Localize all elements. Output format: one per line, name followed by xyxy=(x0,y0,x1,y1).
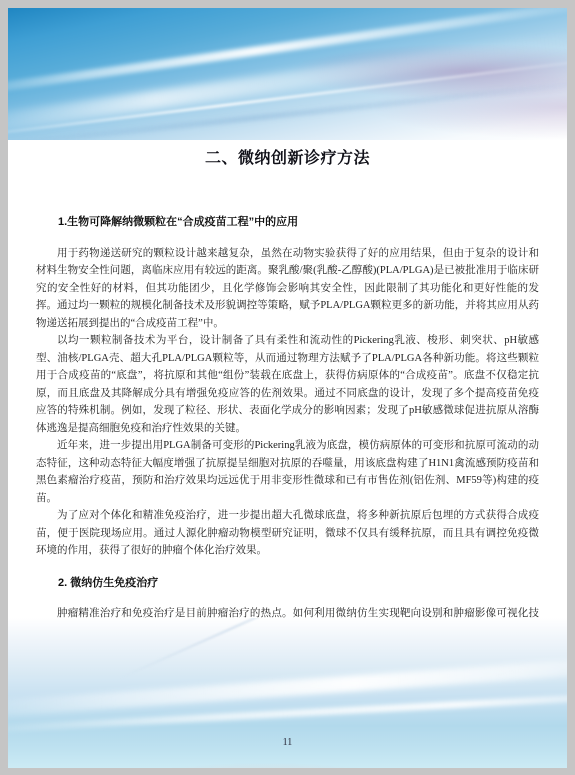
section-1-paragraph-2: 以均一颗粒制备技术为平台，设计制备了具有柔性和流动性的Pickering乳液、梭… xyxy=(36,332,539,437)
section-1-heading: 1.生物可降解纳微颗粒在“合成疫苗工程”中的应用 xyxy=(36,214,539,232)
section-1-paragraph-1: 用于药物递送研究的颗粒设计越来越复杂，虽然在动物实验获得了好的应用结果，但由于复… xyxy=(36,245,539,333)
page-number: 11 xyxy=(8,737,567,748)
page-title: 二、微纳创新诊疗方法 xyxy=(8,145,567,168)
document-body: 1.生物可降解纳微颗粒在“合成疫苗工程”中的应用 用于药物递送研究的颗粒设计越来… xyxy=(8,214,567,675)
header-wave-streak xyxy=(8,55,567,140)
section-1-paragraph-4: 为了应对个体化和精准免疫治疗，进一步提出超大孔微球底盘，将多种新抗原后包埋的方式… xyxy=(36,507,539,560)
scanned-document-page: { "page_title": "二、微纳创新诊疗方法", "sections"… xyxy=(0,0,575,775)
section-2-heading: 2. 微纳仿生免疫治疗 xyxy=(36,575,539,593)
header-wave-streak xyxy=(8,77,567,140)
footer-wave-streak xyxy=(119,618,350,679)
document-page: 二、微纳创新诊疗方法 1.生物可降解纳微颗粒在“合成疫苗工程”中的应用 用于药物… xyxy=(8,8,567,768)
header-banner-image xyxy=(8,8,567,140)
section-1-paragraph-3: 近年来，进一步提出用PLGA制备可变形的Pickering乳液为底盘，模仿病原体… xyxy=(36,437,539,507)
